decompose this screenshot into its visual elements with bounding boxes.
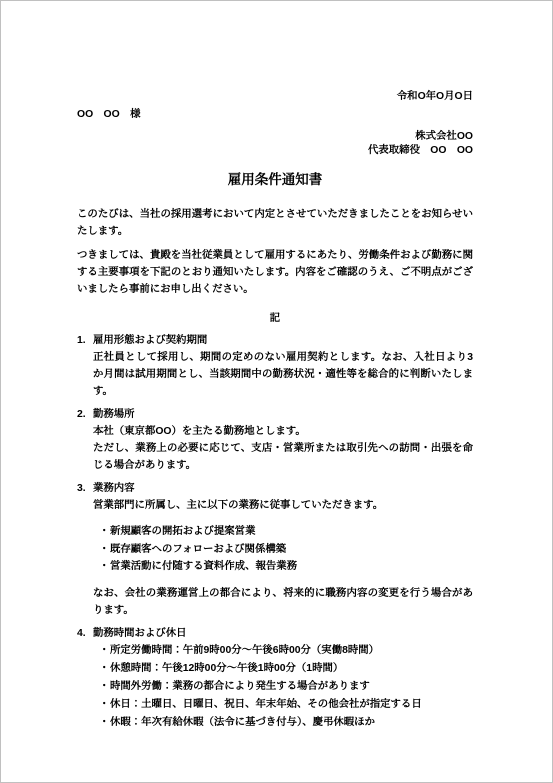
list-item: ・ 所定労働時間：午前9時00分～午後6時00分（実働8時間）	[99, 642, 473, 660]
section-note: なお、会社の業務運営上の都合により、将来的に職務内容の変更を行う場合があります。	[93, 585, 473, 619]
bullet-list: ・ 新規顧客の開拓および提案営業 ・ 既存顧客へのフォローおよび関係構築 ・ 営…	[99, 523, 473, 576]
section-number: 2.	[77, 406, 86, 423]
sender-block: 株式会社OO 代表取締役 OO OO	[77, 130, 473, 158]
document-page: 令和O年O月O日 OO OO 様 株式会社OO 代表取締役 OO OO 雇用条件…	[0, 0, 553, 783]
bullet-icon: ・	[99, 696, 110, 714]
section-paragraph: ただし、業務上の必要に応じて、支店・営業所または取引先への訪問・出張を命じる場合…	[93, 440, 473, 474]
representative-name: 代表取締役 OO OO	[77, 144, 473, 158]
list-item: ・ 休憩時間：午後12時00分～午後1時00分（1時間）	[99, 660, 473, 678]
list-item: ・ 既存顧客へのフォローおよび関係構築	[99, 541, 473, 559]
bullet-icon: ・	[99, 678, 110, 696]
bullet-icon: ・	[99, 642, 110, 660]
list-item: ・ 時間外労働：業務の都合により発生する場合があります	[99, 678, 473, 696]
list-item: ・ 休日：土曜日、日曜日、祝日、年末年始、その他会社が指定する日	[99, 696, 473, 714]
intro-paragraph-1: このたびは、当社の採用選考において内定とさせていただきましたことをお知らせいたし…	[77, 206, 473, 240]
section-job-duties: 3. 業務内容 営業部門に所属し、主に以下の業務に従事していただきます。 ・ 新…	[77, 480, 473, 619]
bullet-icon: ・	[99, 558, 110, 576]
company-name: 株式会社OO	[77, 130, 473, 144]
bullet-text: 既存顧客へのフォローおよび関係構築	[110, 541, 473, 559]
bullet-text: 新規顧客の開拓および提案営業	[110, 523, 473, 541]
list-item: ・ 休暇：年次有給休暇（法令に基づき付与）、慶弔休暇ほか	[99, 714, 473, 732]
section-heading: 業務内容	[93, 480, 473, 497]
section-body: 営業部門に所属し、主に以下の業務に従事していただきます。 ・ 新規顧客の開拓およ…	[93, 497, 473, 619]
section-body: 本社（東京都OO）を主たる勤務地とします。 ただし、業務上の必要に応じて、支店・…	[93, 423, 473, 474]
addressee: OO OO 様	[77, 106, 473, 123]
bullet-icon: ・	[99, 523, 110, 541]
document-title: 雇用条件通知書	[77, 171, 473, 189]
bullet-text: 休暇：年次有給休暇（法令に基づき付与）、慶弔休暇ほか	[110, 714, 473, 732]
section-paragraph: 正社員として採用し、期間の定めのない雇用契約とします。なお、入社日より3 か月間…	[93, 349, 473, 400]
intro-paragraph-2: つきましては、貴殿を当社従業員として雇用するにあたり、労働条件および勤務に関する…	[77, 247, 473, 298]
section-heading: 勤務時間および休日	[93, 625, 473, 642]
bullet-icon: ・	[99, 660, 110, 678]
bullet-text: 時間外労働：業務の都合により発生する場合があります	[110, 678, 473, 696]
section-hours-holidays: 4. 勤務時間および休日 ・ 所定労働時間：午前9時00分～午後6時00分（実働…	[77, 625, 473, 732]
section-body: 正社員として採用し、期間の定めのない雇用契約とします。なお、入社日より3 か月間…	[93, 349, 473, 400]
section-list: 1. 雇用形態および契約期間 正社員として採用し、期間の定めのない雇用契約としま…	[77, 332, 473, 732]
section-employment-type: 1. 雇用形態および契約期間 正社員として採用し、期間の定めのない雇用契約としま…	[77, 332, 473, 400]
section-work-location: 2. 勤務場所 本社（東京都OO）を主たる勤務地とします。 ただし、業務上の必要…	[77, 406, 473, 474]
bullet-text: 休憩時間：午後12時00分～午後1時00分（1時間）	[110, 660, 473, 678]
bullet-list: ・ 所定労働時間：午前9時00分～午後6時00分（実働8時間） ・ 休憩時間：午…	[99, 642, 473, 732]
bullet-text: 所定労働時間：午前9時00分～午後6時00分（実働8時間）	[110, 642, 473, 660]
bullet-text: 営業活動に付随する資料作成、報告業務	[110, 558, 473, 576]
section-body: ・ 所定労働時間：午前9時00分～午後6時00分（実働8時間） ・ 休憩時間：午…	[93, 642, 473, 732]
section-number: 1.	[77, 332, 86, 349]
section-number: 4.	[77, 625, 86, 642]
section-paragraph: 本社（東京都OO）を主たる勤務地とします。	[93, 423, 473, 440]
list-item: ・ 新規顧客の開拓および提案営業	[99, 523, 473, 541]
section-paragraph: 営業部門に所属し、主に以下の業務に従事していただきます。	[93, 497, 473, 514]
section-heading: 雇用形態および契約期間	[93, 332, 473, 349]
section-number: 3.	[77, 480, 86, 497]
section-heading: 勤務場所	[93, 406, 473, 423]
bullet-icon: ・	[99, 714, 110, 732]
bullet-icon: ・	[99, 541, 110, 559]
record-marker: 記	[77, 310, 473, 327]
list-item: ・ 営業活動に付随する資料作成、報告業務	[99, 558, 473, 576]
document-date: 令和O年O月O日	[77, 88, 473, 105]
bullet-text: 休日：土曜日、日曜日、祝日、年末年始、その他会社が指定する日	[110, 696, 473, 714]
